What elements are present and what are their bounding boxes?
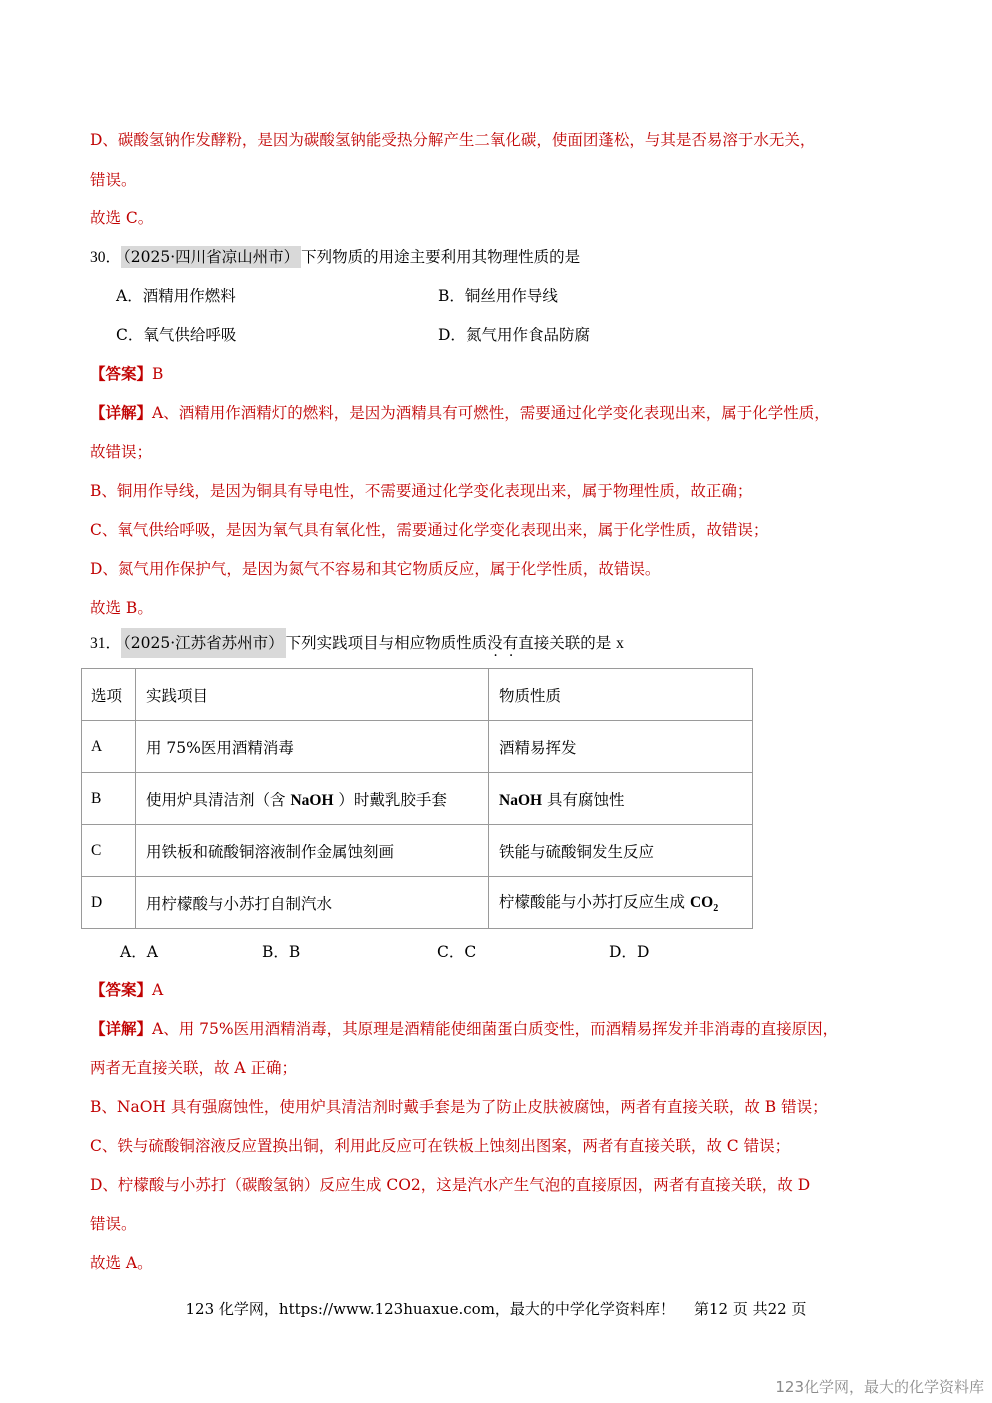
q31-detail-line-4: C、铁与硫酸铜溶液反应置换出铜，利用此反应可在铁板上蚀刻出图案，两者有直接关联，… — [90, 1136, 790, 1156]
watermark: 123化学网，最大的化学资料库 — [775, 1376, 984, 1397]
header-property: 物质性质 — [489, 669, 753, 721]
q30-number: 30． — [90, 249, 121, 266]
q31-source: （2025·江苏省苏州市） — [121, 628, 286, 658]
prev-explanation-d-line1: D、碳酸氢钠作发酵粉，是因为碳酸氢钠能受热分解产生二氧化碳，使面团蓬松，与其是否… — [90, 130, 815, 150]
table-header-row: 选项 实践项目 物质性质 — [82, 669, 753, 721]
q31-detail-line-6: 错误。 — [90, 1214, 137, 1234]
prev-explanation-d-line2: 错误。 — [90, 170, 137, 190]
header-option: 选项 — [82, 669, 136, 721]
q31-detail-line-1: 【详解】A、用 75%医用酒精消毒，其原理是酒精能使细菌蛋白质变性，而酒精易挥发… — [90, 1019, 838, 1039]
q31-detail-line-2: 两者无直接关联，故 A 正确； — [90, 1058, 297, 1078]
q31-answer: 【答案】A — [90, 980, 163, 1000]
emphasis-dot-2: 有 — [503, 634, 519, 652]
q31-option-d: D．D — [609, 942, 649, 962]
q30-option-d: D．氮气用作食品防腐 — [438, 325, 590, 345]
footer-site: 123 化学网，https://www.123huaxue.com，最大的中学化… — [186, 1300, 675, 1318]
prev-choose: 故选 C。 — [90, 208, 153, 228]
q30-answer: 【答案】B — [90, 364, 163, 384]
table-row: B 使用炉具清洁剂（含 NaOH ）时戴乳胶手套 NaOH 具有腐蚀性 — [82, 773, 753, 825]
q30-option-b: B．铜丝用作导线 — [438, 286, 558, 306]
q31-option-c: C．C — [437, 942, 476, 962]
q31-choose: 故选 A。 — [90, 1253, 153, 1273]
q30-stem: 下列物质的用途主要利用其物理性质的是 — [301, 248, 580, 266]
emphasis-dot-1: 没 — [487, 634, 503, 652]
q30-detail-line-4: C、氧气供给呼吸，是因为氧气具有氧化性，需要通过化学变化表现出来，属于化学性质，… — [90, 520, 768, 540]
table-row: A 用 75%医用酒精消毒 酒精易挥发 — [82, 721, 753, 773]
q31-stem-line: 31．（2025·江苏省苏州市）下列实践项目与相应物质性质没有直接关联的是 x — [90, 633, 624, 654]
q30-detail-line-5: D、氮气用作保护气，是因为氮气不容易和其它物质反应，属于化学性质，故错误。 — [90, 559, 660, 579]
q30-source: （2025·四川省凉山州市） — [121, 246, 301, 268]
q31-option-b: B．B — [262, 942, 300, 962]
q30-option-a: A．酒精用作燃料 — [116, 286, 236, 306]
q31-table: 选项 实践项目 物质性质 A 用 75%医用酒精消毒 酒精易挥发 B 使用炉具清… — [81, 668, 753, 929]
q30-detail-line-2: 故错误； — [90, 442, 152, 462]
q30-stem-line: 30．（2025·四川省凉山州市）下列物质的用途主要利用其物理性质的是 — [90, 247, 580, 268]
table-row: D 用柠檬酸与小苏打自制汽水 柠檬酸能与小苏打反应生成 CO2 — [82, 877, 753, 929]
q31-detail-line-3: B、NaOH 具有强腐蚀性，使用炉具清洁剂时戴手套是为了防止皮肤被腐蚀，两者有直… — [90, 1097, 828, 1117]
page-footer: 123 化学网，https://www.123huaxue.com，最大的中学化… — [0, 1298, 992, 1319]
q30-detail-line-3: B、铜用作导线，是因为铜具有导电性，不需要通过化学变化表现出来，属于物理性质，故… — [90, 481, 752, 501]
header-practice: 实践项目 — [136, 669, 489, 721]
q30-option-c: C．氧气供给呼吸 — [116, 325, 236, 345]
q30-detail-line-1: 【详解】A、酒精用作酒精灯的燃料，是因为酒精具有可燃性，需要通过化学变化表现出来… — [90, 403, 830, 423]
q31-option-a: A．A — [120, 942, 158, 962]
q31-detail-line-5: D、柠檬酸与小苏打（碳酸氢钠）反应生成 CO2，这是汽水产生气泡的直接原因，两者… — [90, 1175, 810, 1195]
q31-number: 31． — [90, 635, 121, 652]
footer-page-number: 第12 页 共22 页 — [694, 1300, 806, 1318]
table-row: C 用铁板和硫酸铜溶液制作金属蚀刻画 铁能与硫酸铜发生反应 — [82, 825, 753, 877]
q30-choose: 故选 B。 — [90, 598, 153, 618]
